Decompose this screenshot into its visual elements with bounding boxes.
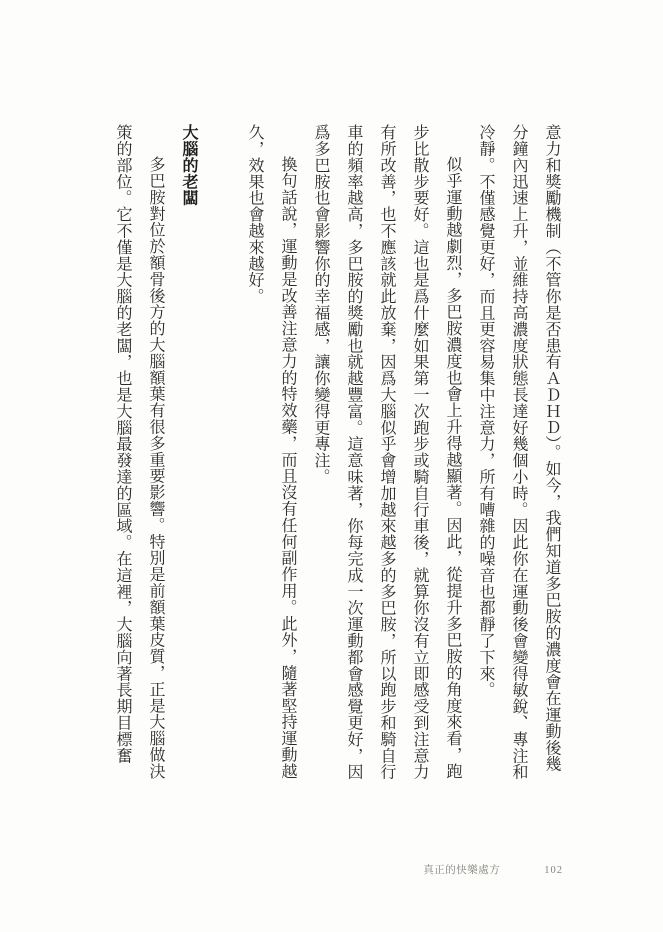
page-footer: 真正的快樂處方 102: [423, 862, 563, 877]
paragraph-frontal-lobe: 多巴胺對位於額骨後方的大腦額葉有很多重要影響。特別是前額葉皮質，正是大腦做決策的…: [106, 124, 172, 780]
page-text-block: 意力和獎勵機制（不管你是否患有ＡＤＨＤ）。如今，我們知道多巴胺的濃度會在運動後幾…: [106, 124, 568, 780]
paragraph-dopamine-attention: 意力和獎勵機制（不管你是否患有ＡＤＨＤ）。如今，我們知道多巴胺的濃度會在運動後幾…: [469, 124, 568, 780]
book-page: 意力和獎勵機制（不管你是否患有ＡＤＨＤ）。如今，我們知道多巴胺的濃度會在運動後幾…: [0, 0, 663, 932]
page-number: 102: [544, 865, 563, 876]
paragraph-exercise-intensity: 似乎運動越劇烈，多巴胺濃度也會上升得越顯著。因此，從提升多巴胺的角度來看，跑步比…: [304, 124, 469, 780]
section-heading: 大腦的老闆: [172, 124, 205, 780]
book-title: 真正的快樂處方: [423, 862, 500, 877]
paragraph-exercise-benefits: 換句話說，運動是改善注意力的特效藥，而且沒有任何副作用。此外，隨著堅持運動越久，…: [238, 124, 304, 780]
